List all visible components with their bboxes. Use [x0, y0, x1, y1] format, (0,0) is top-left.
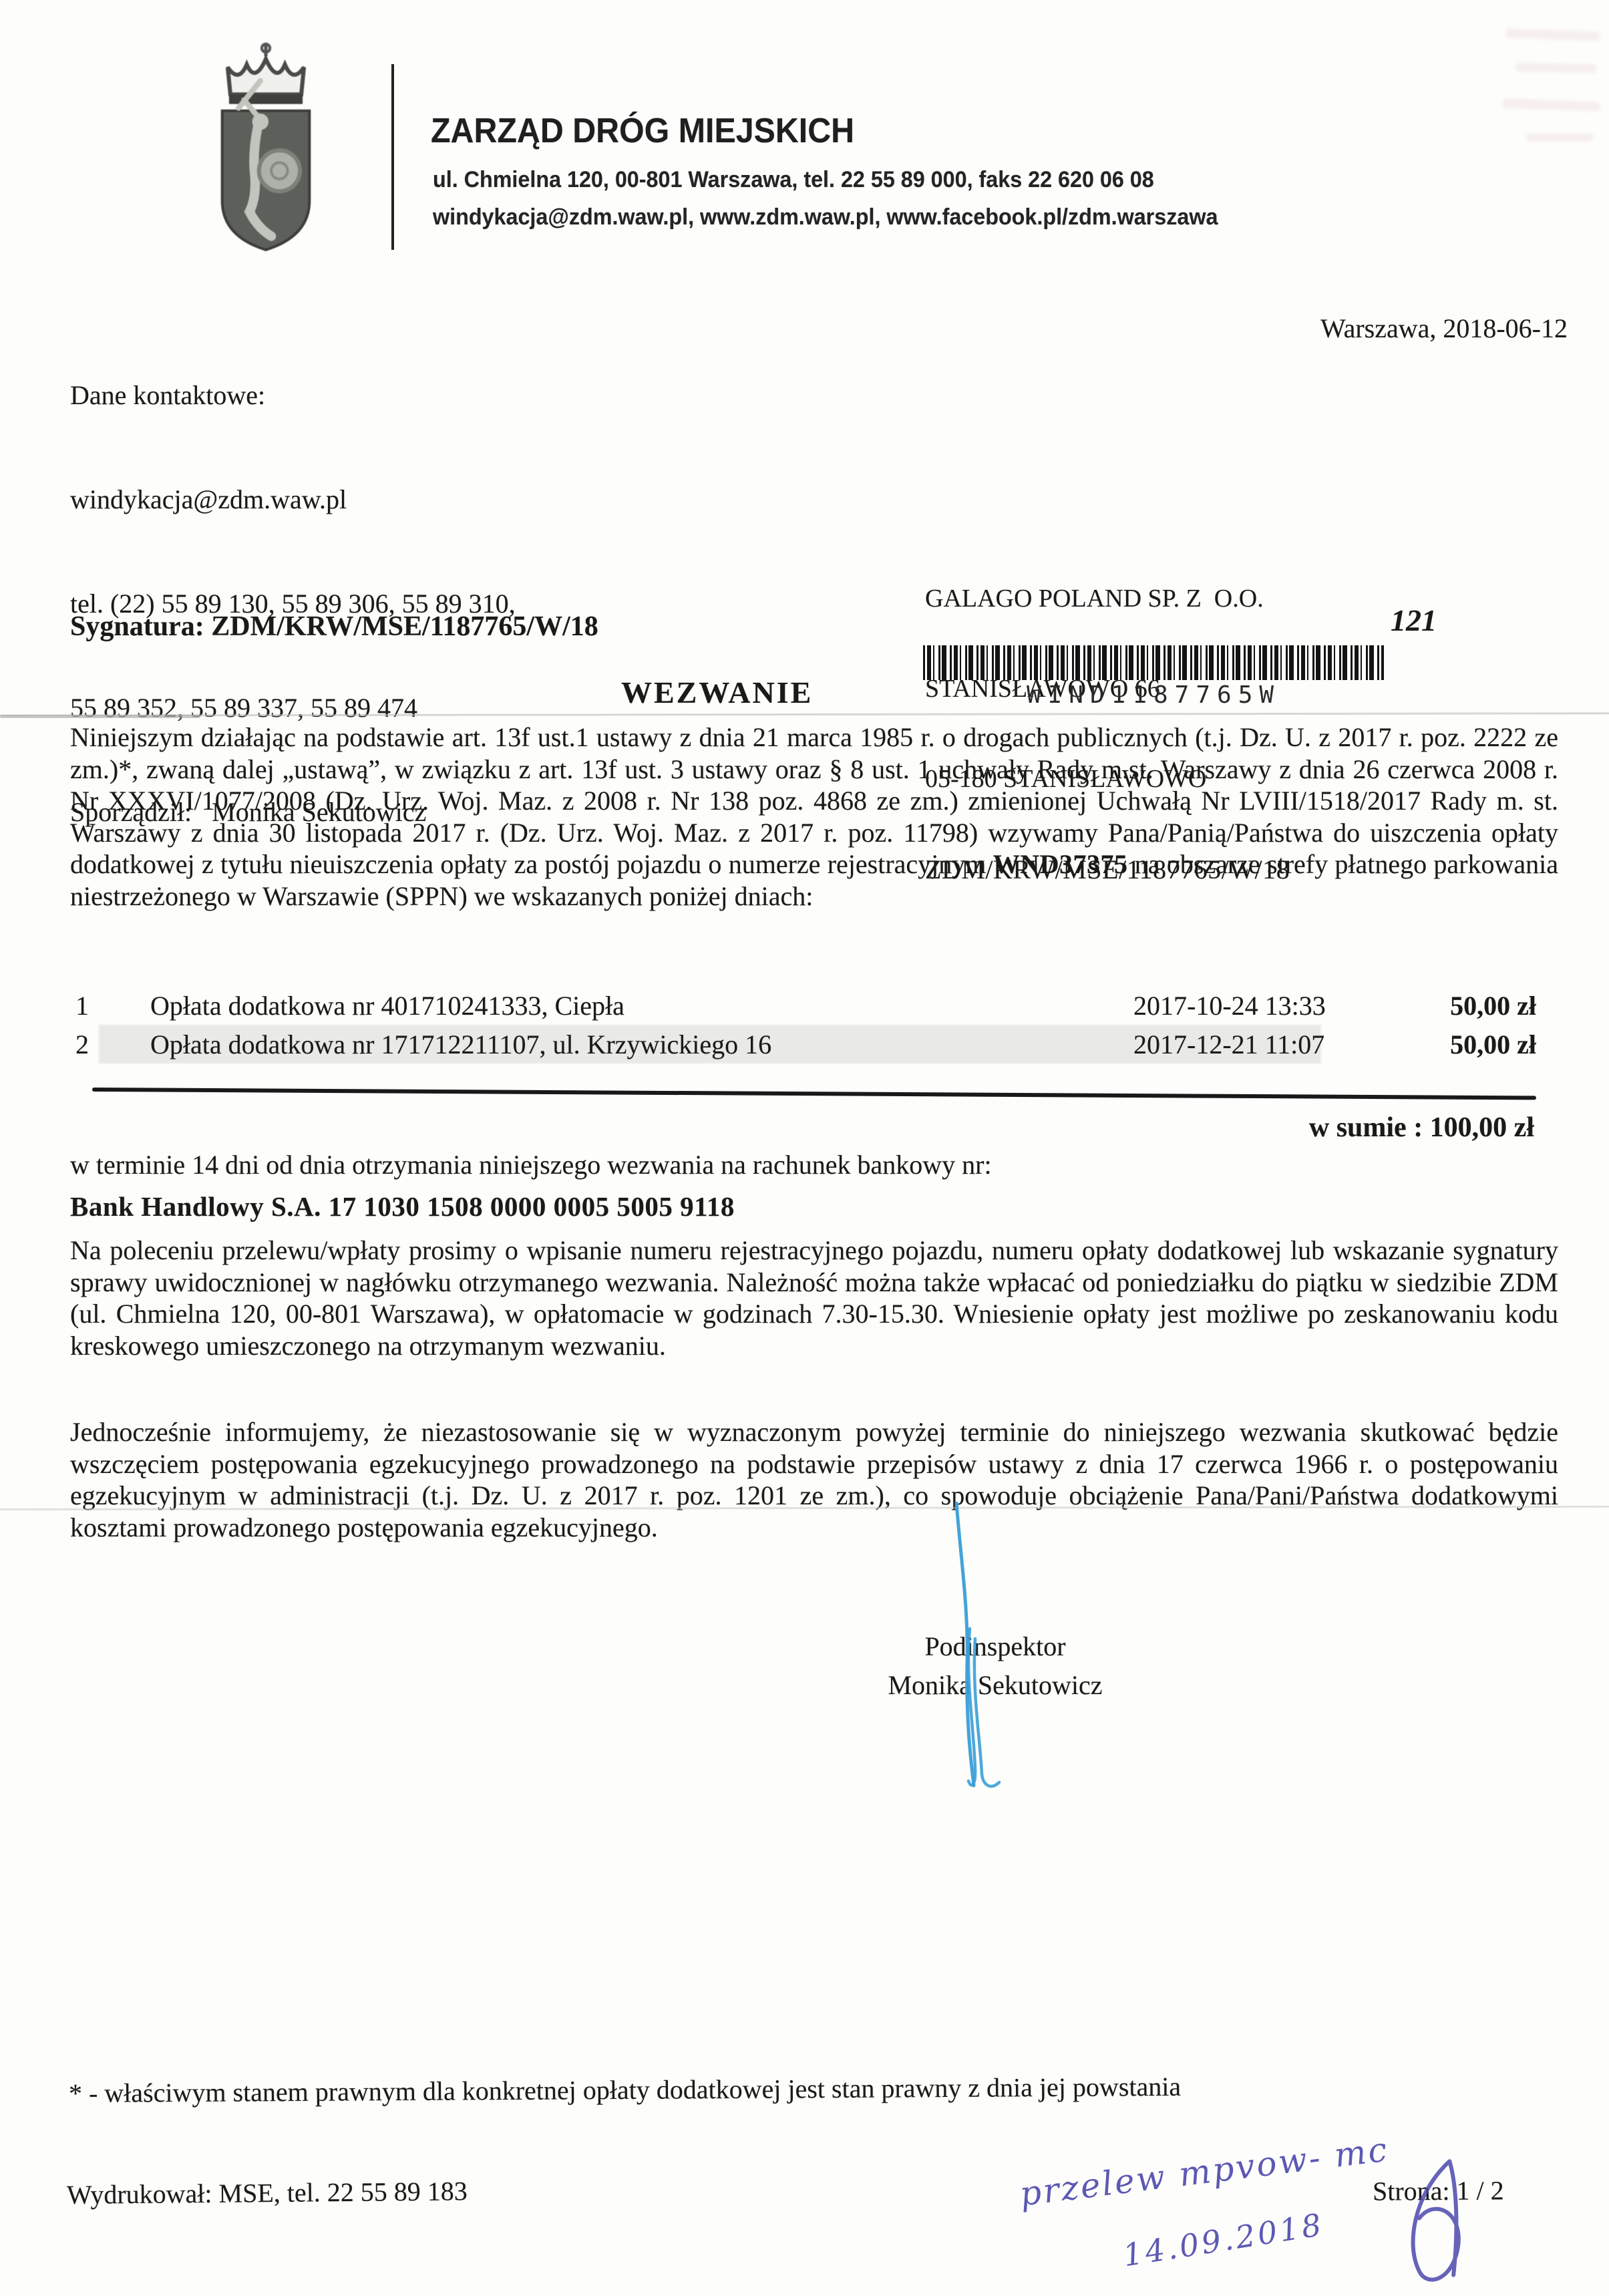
contact-label: Dane kontaktowe:	[70, 378, 516, 413]
bank-account-line: Bank Handlowy S.A. 17 1030 1508 0000 000…	[70, 1190, 735, 1222]
place-date-line: Warszawa, 2018-06-12	[1320, 313, 1568, 344]
bleed-through-mark	[1526, 134, 1593, 142]
handwritten-note-line1: przelew mpvow- mc	[1018, 2130, 1391, 2213]
bleed-through-mark	[1503, 98, 1600, 111]
total-amount-line: w sumie : 100,00 zł	[1309, 1112, 1534, 1144]
fee-table-row: 1 Opłata dodatkowa nr 401710241333, Ciep…	[70, 990, 1536, 1023]
document-title: WEZWANIE	[621, 675, 813, 710]
warsaw-mermaid-crest-icon	[198, 39, 334, 259]
fee-row-datetime: 2017-12-21 11:07	[1133, 1029, 1324, 1060]
fee-row-description: Opłata dodatkowa nr 171712211107, ul. Kr…	[150, 1029, 771, 1060]
fee-row-datetime: 2017-10-24 13:33	[1133, 990, 1326, 1021]
scan-artifact-line	[0, 715, 200, 718]
bleed-through-mark	[1516, 63, 1596, 73]
blue-pen-signature	[935, 1502, 1049, 1822]
signature-reference-line: Sygnatura: ZDM/KRW/MSE/1187765/W/18	[70, 611, 598, 643]
payment-instructions-paragraph: Na poleceniu przelewu/wpłaty prosimy o w…	[70, 1235, 1558, 1361]
table-rule-line	[92, 1088, 1536, 1100]
handwritten-signature-flourish	[1349, 2148, 1497, 2296]
legal-basis-paragraph: Niniejszym działając na podstawie art. 1…	[70, 721, 1558, 912]
handwritten-note-line2: 14.09.2018	[1121, 2206, 1326, 2274]
footnote-line: * - właściwym stanem prawnym dla konkret…	[69, 2071, 1181, 2109]
enforcement-warning-paragraph: Jednocześnie informujemy, że niezastosow…	[70, 1416, 1558, 1543]
fee-table-row: 2 Opłata dodatkowa nr 171712211107, ul. …	[70, 1029, 1536, 1062]
fee-row-amount: 50,00 zł	[1450, 1029, 1536, 1060]
recipient-name: GALAGO POLAND SP. Z O.O.	[925, 584, 1290, 614]
org-name: ZARZĄD DRÓG MIEJSKICH	[431, 111, 854, 151]
scanned-letter-page: ZARZĄD DRÓG MIEJSKICH ul. Chmielna 120, …	[0, 0, 1609, 2296]
printed-by-line: Wydrukował: MSE, tel. 22 55 89 183	[67, 2175, 468, 2210]
corner-number: 121	[1391, 603, 1437, 638]
fee-row-number: 2	[75, 1029, 89, 1060]
org-links-line: windykacja@zdm.waw.pl, www.zdm.waw.pl, w…	[433, 204, 1218, 230]
payment-deadline-line: w terminie 14 dni od dnia otrzymania nin…	[70, 1149, 992, 1180]
barcode	[923, 645, 1384, 680]
org-address-line: ul. Chmielna 120, 00-801 Warszawa, tel. …	[433, 167, 1154, 193]
contact-phones-2: 55 89 352, 55 89 337, 55 89 474	[70, 691, 516, 725]
vehicle-plate-number: WND37375	[993, 849, 1128, 879]
fee-row-amount: 50,00 zł	[1450, 990, 1536, 1021]
fee-row-number: 1	[75, 990, 89, 1021]
fee-row-description: Opłata dodatkowa nr 401710241333, Ciepła	[150, 990, 624, 1021]
contact-email: windykacja@zdm.waw.pl	[70, 482, 516, 517]
header-divider	[391, 64, 394, 250]
barcode-text: WIND1187765W	[923, 681, 1384, 709]
bleed-through-mark	[1506, 29, 1600, 41]
